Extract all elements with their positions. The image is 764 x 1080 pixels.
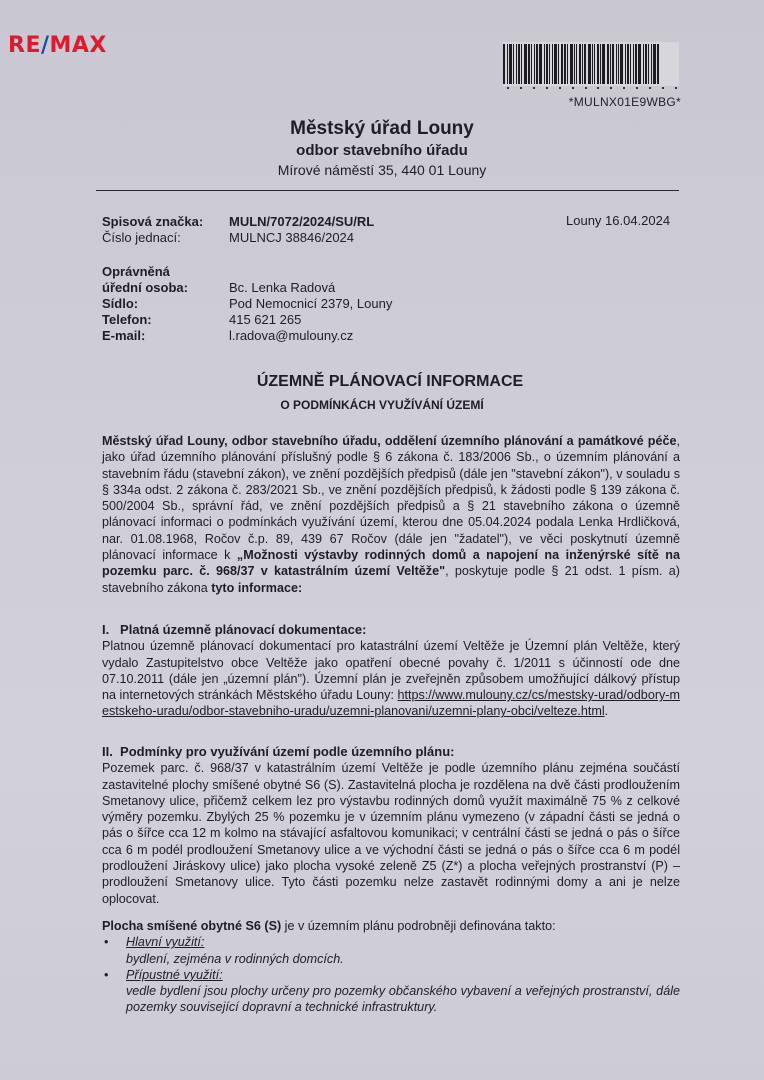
barcode-bar — [558, 44, 559, 84]
barcode-bar — [651, 44, 652, 84]
barcode-bar — [534, 44, 535, 84]
barcode-bar — [539, 44, 542, 84]
section-1-heading: I. Platná územně plánovací dokumentace: — [102, 622, 680, 638]
email-label: E-mail: — [102, 328, 229, 344]
usage-item-text: bydlení, zejména v rodinných domcích. — [126, 951, 680, 967]
phone-value: 415 621 265 — [229, 312, 301, 327]
barcode-dot — [572, 87, 574, 89]
section-2-body: Pozemek parc. č. 968/37 v katastrálním ú… — [102, 760, 680, 907]
document-title: ÚZEMNĚ PLÁNOVACÍ INFORMACE — [0, 373, 764, 391]
document-date: Louny 16.04.2024 — [566, 213, 670, 228]
email-value: l.radova@mulouny.cz — [229, 328, 353, 343]
barcode-text: *MULNX01E9WBG* — [503, 95, 681, 109]
remax-logo: RE/MAX — [8, 33, 107, 58]
file-reference-label: Spisová značka: — [102, 214, 229, 230]
barcode-dot — [585, 87, 587, 89]
seat-value: Pod Nemocnicí 2379, Louny — [229, 296, 392, 311]
barcode-dot — [636, 87, 638, 89]
barcode-bar — [592, 44, 593, 84]
barcode-bar — [507, 44, 508, 84]
barcode-bar — [570, 44, 573, 84]
header-divider — [96, 190, 679, 191]
barcode-bar — [518, 44, 520, 84]
logo-text-re: RE — [8, 33, 41, 58]
barcode-bar — [612, 44, 614, 84]
barcode-bar — [574, 44, 575, 84]
usage-item-text: vedle bydlení jsou plochy určeny pro poz… — [126, 983, 680, 1016]
barcode-bar — [588, 44, 591, 84]
office-address: Mírové náměstí 35, 440 01 Louny — [0, 162, 764, 178]
usage-item-label: Přípustné využití: — [126, 967, 680, 983]
usage-item-main: Hlavní využití: bydlení, zejména v rodin… — [102, 934, 680, 967]
barcode-bar — [643, 44, 644, 84]
barcode-bar — [607, 44, 609, 84]
barcode-bar — [579, 44, 581, 84]
barcode-dot — [520, 87, 522, 89]
intro-conclusion: tyto informace: — [211, 581, 302, 595]
section-3-intro: Plocha smíšené obytné S6 (S) je v územní… — [102, 918, 680, 934]
barcode-bar — [567, 44, 568, 84]
barcode-bar — [616, 44, 617, 84]
barcode-bar — [648, 44, 649, 84]
barcode-bar — [645, 44, 647, 84]
section-1-body: Platnou územně plánovací dokumentací pro… — [102, 638, 680, 719]
barcode-bar — [610, 44, 611, 84]
usage-item-permitted: Přípustné využití: vedle bydlení jsou pl… — [102, 967, 680, 1016]
reference-number-row: Číslo jednací:MULNCJ 38846/2024 — [102, 230, 354, 246]
barcode-bar — [564, 44, 566, 84]
barcode-bar — [516, 44, 517, 84]
barcode-bar — [584, 44, 586, 84]
seat-label: Sídlo: — [102, 296, 229, 312]
barcode-bar — [633, 44, 634, 84]
office-name: Městský úřad Louny — [0, 118, 764, 140]
barcode-dot — [533, 87, 535, 89]
seat-row: Sídlo:Pod Nemocnicí 2379, Louny — [102, 296, 392, 312]
barcode-bar — [576, 44, 577, 84]
official-label-line2: úřední osoba: — [102, 280, 229, 296]
barcode-bar — [528, 44, 530, 84]
barcode-bar — [657, 44, 659, 84]
barcode-bar — [630, 44, 631, 84]
barcode-bar — [635, 44, 637, 84]
phone-row: Telefon:415 621 265 — [102, 312, 301, 328]
intro-paragraph: Městský úřad Louny, odbor stavebního úřa… — [102, 433, 680, 596]
barcode-dot — [559, 87, 561, 89]
intro-text: , jako úřad územního plánování příslušný… — [102, 434, 680, 562]
barcode-dot — [597, 87, 599, 89]
barcode-bar — [638, 44, 641, 84]
barcode-dot — [546, 87, 548, 89]
barcode-dot — [662, 87, 664, 89]
email-row: E-mail:l.radova@mulouny.cz — [102, 328, 353, 344]
usage-list: Hlavní využití: bydlení, zejména v rodin… — [102, 934, 680, 1015]
reference-number-label: Číslo jednací: — [102, 230, 229, 246]
barcode-bar — [618, 44, 619, 84]
barcode-bar — [594, 44, 595, 84]
intro-authority: Městský úřad Louny, odbor stavebního úřa… — [102, 434, 677, 448]
barcode-bar — [597, 44, 599, 84]
official-value: Bc. Lenka Radová — [229, 280, 335, 295]
barcode-bar — [625, 44, 626, 84]
file-reference-row: Spisová značka:MULN/7072/2024/SU/RL — [102, 214, 374, 230]
file-reference-value: MULN/7072/2024/SU/RL — [229, 214, 374, 229]
section-3: Plocha smíšené obytné S6 (S) je v územní… — [102, 918, 680, 1016]
section-1: I. Platná územně plánovací dokumentace: … — [102, 622, 680, 720]
document-subtitle: O PODMÍNKÁCH VYUŽÍVÁNÍ ÚZEMÍ — [0, 398, 764, 412]
barcode-bar — [524, 44, 527, 84]
barcode-bar — [653, 44, 656, 84]
barcode-bar — [549, 44, 550, 84]
barcode-bar — [536, 44, 538, 84]
barcode-bar — [600, 44, 601, 84]
barcode-bar — [620, 44, 623, 84]
section-2: II. Podmínky pro využívání území podle ú… — [102, 744, 680, 907]
barcode-dot — [507, 87, 509, 89]
barcode-bar — [561, 44, 563, 84]
barcode-bar — [627, 44, 629, 84]
logo-text-max: MAX — [50, 33, 107, 58]
official-row-1: Oprávněná — [102, 264, 229, 280]
barcode-bar — [503, 44, 505, 84]
usage-item-label: Hlavní využití: — [126, 934, 680, 950]
barcode-dot — [649, 87, 651, 89]
section-3-text: je v územním plánu podrobněji definována… — [281, 919, 555, 933]
document-barcode: *MULNX01E9WBG* — [503, 42, 681, 109]
section-3-zone-name: Plocha smíšené obytné S6 (S) — [102, 919, 281, 933]
barcode-bars — [503, 42, 679, 86]
section-2-heading: II. Podmínky pro využívání území podle ú… — [102, 744, 680, 760]
barcode-dot — [610, 87, 612, 89]
barcode-dots — [503, 87, 681, 89]
logo-slash: / — [41, 33, 50, 58]
barcode-bar — [552, 44, 553, 84]
barcode-dot — [623, 87, 625, 89]
barcode-bar — [521, 44, 522, 84]
section-1-end: . — [605, 704, 609, 718]
barcode-bar — [531, 44, 532, 84]
barcode-bar — [546, 44, 548, 84]
barcode-bar — [554, 44, 557, 84]
barcode-bar — [602, 44, 605, 84]
barcode-bar — [582, 44, 583, 84]
barcode-dot — [675, 87, 677, 89]
department-name: odbor stavebního úřadu — [0, 142, 764, 159]
phone-label: Telefon: — [102, 312, 229, 328]
barcode-bar — [509, 44, 512, 84]
reference-number-value: MULNCJ 38846/2024 — [229, 230, 354, 245]
official-label-line1: Oprávněná — [102, 264, 229, 280]
barcode-bar — [513, 44, 514, 84]
official-row: úřední osoba:Bc. Lenka Radová — [102, 280, 335, 296]
barcode-bar — [544, 44, 545, 84]
